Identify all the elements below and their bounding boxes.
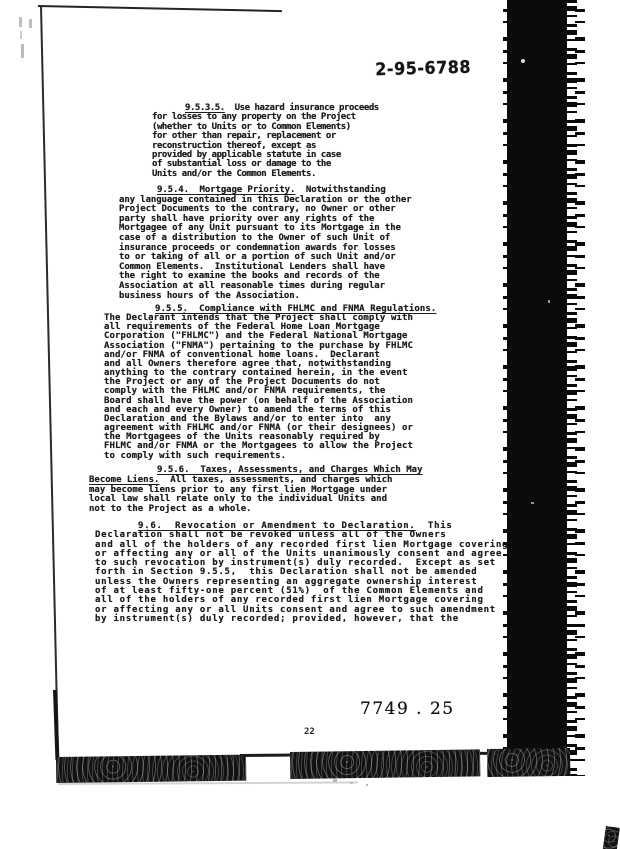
film-strip-white-speck	[548, 300, 550, 303]
section-heading-rest: All taxes, assessments, and charges whic…	[159, 475, 392, 485]
film-strip-white-speck	[531, 502, 534, 504]
scan-speck	[366, 784, 368, 786]
bottom-scan-band-right	[487, 748, 570, 777]
section-9-5-5: 9.5.5. Compliance with FHLMC and FNMA Re…	[104, 305, 436, 461]
section-body-text: Declaration shall not be revoked unless …	[95, 531, 508, 624]
section-body-text: The Declarant intends that the Project s…	[104, 314, 436, 461]
scan-speck	[350, 782, 353, 784]
scan-speck	[333, 779, 337, 782]
film-strip-frayed-edge-left	[503, 0, 508, 776]
film-strip-white-speck	[521, 59, 525, 63]
section-9-5-3-5: 9.5.3.5. Use hazard insurance proceeds f…	[152, 104, 379, 179]
section-body-text: any language contained in this Declarati…	[119, 196, 412, 302]
section-9-5-4: 9.5.4. Mortgage Priority. Notwithstandin…	[119, 186, 412, 301]
section-number: 9.5.6. Taxes, Assessments, and Charges W…	[157, 465, 423, 475]
left-border-line	[40, 6, 59, 758]
section-heading-continued: Become Liens.	[89, 475, 159, 485]
handwritten-docket-number: 2-95-6788	[375, 56, 471, 79]
section-body-text: may become liens prior to any first lien…	[89, 486, 423, 515]
film-strip-frayed-edge-outer	[575, 0, 585, 776]
left-border-line-thick-end	[53, 690, 59, 760]
top-border-line	[38, 5, 282, 12]
section-heading-rest: Notwithstanding	[295, 185, 385, 195]
section-9-6: 9.6. Revocation or Amendment to Declarat…	[95, 522, 508, 624]
stamp-book-page-number: 7749 . 25	[360, 699, 455, 719]
section-9-5-6: 9.5.6. Taxes, Assessments, and Charges W…	[89, 466, 423, 515]
film-strip	[507, 0, 567, 776]
section-number: 9.5.4. Mortgage Priority.	[157, 185, 295, 195]
scan-smudge	[29, 19, 32, 28]
scan-smudge	[19, 17, 22, 27]
corner-scan-mark	[603, 826, 620, 849]
bottom-scan-band-left	[56, 755, 246, 783]
bottom-scan-band-middle	[290, 749, 480, 779]
section-body-text: for losses to any property on the Projec…	[152, 113, 379, 179]
scan-smudge	[20, 31, 22, 39]
scanned-page: 2-95-6788 9.5.3.5. Use hazard insurance …	[0, 0, 620, 849]
page-number: 22	[304, 727, 315, 737]
scan-smudge	[21, 44, 24, 58]
bottom-faint-line	[58, 781, 358, 784]
